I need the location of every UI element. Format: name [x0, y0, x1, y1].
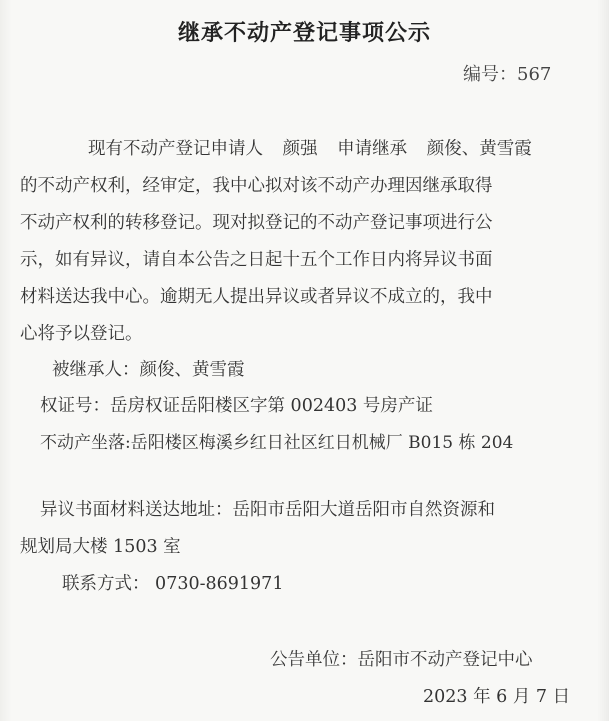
decedent-line: 被继承人：颜俊、黄雪霞 — [52, 356, 245, 381]
decedent-names: 颜俊、黄雪霞 — [427, 139, 532, 159]
objection-address-line-1: 异议书面材料送达地址：岳阳市岳阳大道岳阳市自然资源和 — [40, 496, 495, 521]
body-line-2: 的不动产权利，经审定，我中心拟对该不动产办理因继承取得 — [20, 172, 493, 197]
intro-text: 现有不动产登记申请人 — [88, 139, 263, 159]
body-line-3: 不动产权利的转移登记。现对拟登记的不动产登记事项进行公 — [20, 209, 493, 234]
location-line: 不动产坐落:岳阳楼区梅溪乡红日社区红日机械厂 B015 栋 204 — [40, 428, 513, 453]
notice-page: 继承不动产登记事项公示 编号：567 现有不动产登记申请人 颜强 申请继承 颜俊… — [0, 0, 609, 721]
applicant-name: 颜强 — [283, 139, 318, 159]
body-line-5: 材料送达我中心。逾期无人提出异议或者异议不成立的，我中 — [20, 283, 493, 308]
apply-text: 申请继承 — [337, 139, 407, 159]
page-title: 继承不动产登记事项公示 — [0, 16, 609, 47]
issuer-line: 公告单位：岳阳市不动产登记中心 — [270, 646, 533, 671]
certificate-line: 权证号：岳房权证岳阳楼区字第 002403 号房产证 — [40, 392, 433, 417]
objection-address-line-2: 规划局大楼 1503 室 — [20, 533, 181, 558]
body-line-1: 现有不动产登记申请人 颜强 申请继承 颜俊、黄雪霞 — [88, 135, 532, 160]
body-line-6: 心将予以登记。 — [20, 320, 143, 345]
serial-number: 编号：567 — [463, 60, 551, 86]
contact-line: 联系方式： 0730-8691971 — [62, 570, 283, 595]
body-line-4: 示，如有异议，请自本公告之日起十五个工作日内将异议书面 — [20, 246, 493, 271]
date-line: 2023 年 6 月 7 日 — [423, 683, 570, 708]
